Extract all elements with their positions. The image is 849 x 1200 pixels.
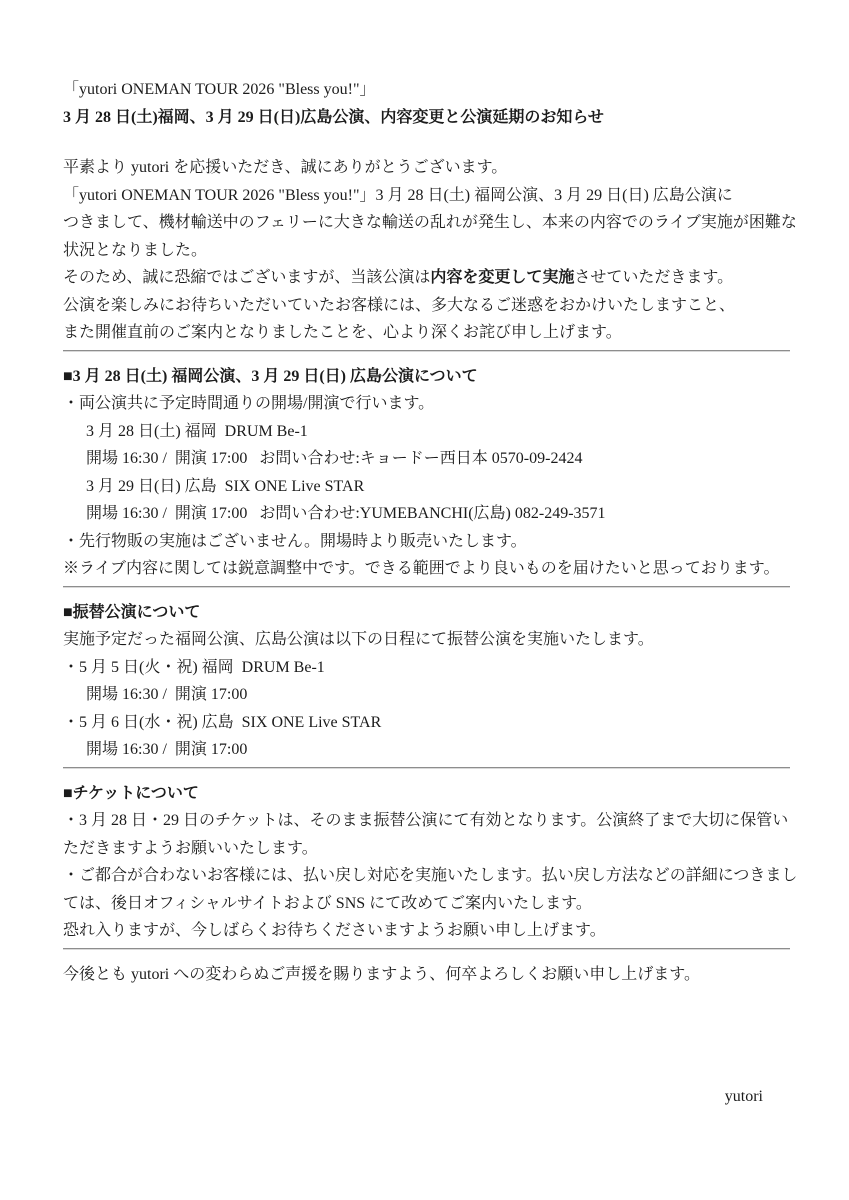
doc-subtitle: 3 月 28 日(土)福岡、3 月 29 日(日)広島公演、内容変更と公演延期の… [63, 104, 790, 132]
notice-bold-text: 内容を変更して実施 [430, 269, 574, 286]
detail-line: 開場 16:30 / 開演 17:00 [63, 681, 790, 709]
closing-line: 今後とも yutori への変わらぬご声援を賜りますよう、何卒よろしくお願い申し… [63, 961, 790, 989]
detail-line: 3 月 28 日(土) 福岡 DRUM Be-1 [63, 418, 790, 446]
intro-line: 状況となりました。 [63, 237, 790, 265]
section-rescheduled-shows: ■振替公演について 実施予定だった福岡公演、広島公演は以下の日程にて振替公演を実… [63, 599, 790, 764]
intro-line: つきまして、機材輸送中のフェリーに大きな輸送の乱れが発生し、本来の内容でのライブ… [63, 209, 790, 237]
detail-line: ・5 月 5 日(火・祝) 福岡 DRUM Be-1 [63, 654, 790, 682]
closing-paragraph: 今後とも yutori への変わらぬご声援を賜りますよう、何卒よろしくお願い申し… [63, 961, 790, 989]
notice-line: そのため、誠に恐縮ではございますが、当該公演は内容を変更して実施させていただきま… [63, 264, 790, 292]
notice-pre-text: そのため、誠に恐縮ではございますが、当該公演は [63, 269, 430, 286]
detail-line: ・5 月 6 日(水・祝) 広島 SIX ONE Live STAR [63, 709, 790, 737]
section-divider [63, 767, 790, 769]
intro-line: 「yutori ONEMAN TOUR 2026 "Bless you!"」3 … [63, 182, 790, 210]
section-tickets: ■チケットについて ・3 月 28 日・29 日のチケットは、そのまま振替公演に… [63, 780, 790, 945]
detail-line: ・先行物販の実施はございません。開場時より販売いたします。 [63, 528, 790, 556]
section-divider [63, 948, 790, 950]
apology-line: また開催直前のご案内となりましたことを、心より深くお詫び申し上げます。 [63, 319, 790, 347]
section-heading: ■チケットについて [63, 780, 790, 808]
section-divider [63, 586, 790, 588]
section-heading: ■3 月 28 日(土) 福岡公演、3 月 29 日(日) 広島公演について [63, 363, 790, 391]
detail-line: 開場 16:30 / 開演 17:00 お問い合わせ:YUMEBANCHI(広島… [63, 500, 790, 528]
signature: yutori [63, 1083, 790, 1111]
detail-line: ただきますようお願いいたします。 [63, 835, 790, 863]
intro-line: 平素より yutori を応援いただき、誠にありがとうございます。 [63, 154, 790, 182]
section-divider [63, 350, 790, 352]
detail-line: 開場 16:30 / 開演 17:00 お問い合わせ:キョードー西日本 0570… [63, 445, 790, 473]
detail-line: 恐れ入りますが、今しばらくお待ちくださいますようお願い申し上げます。 [63, 917, 790, 945]
notice-post-text: させていただきます。 [574, 269, 733, 286]
intro-paragraph: 平素より yutori を応援いただき、誠にありがとうございます。 「yutor… [63, 154, 790, 347]
detail-line: ※ライブ内容に関しては鋭意調整中です。できる範囲でより良いものを届けたいと思って… [63, 555, 790, 583]
section-current-shows: ■3 月 28 日(土) 福岡公演、3 月 29 日(日) 広島公演について ・… [63, 363, 790, 583]
detail-line: 開場 16:30 / 開演 17:00 [63, 736, 790, 764]
detail-line: ては、後日オフィシャルサイトおよび SNS にて改めてご案内いたします。 [63, 890, 790, 918]
section-heading: ■振替公演について [63, 599, 790, 627]
detail-line: 3 月 29 日(日) 広島 SIX ONE Live STAR [63, 473, 790, 501]
detail-line: 実施予定だった福岡公演、広島公演は以下の日程にて振替公演を実施いたします。 [63, 626, 790, 654]
detail-line: ・ご都合が合わないお客様には、払い戻し対応を実施いたします。払い戻し方法などの詳… [63, 862, 790, 890]
apology-line: 公演を楽しみにお待ちいただいていたお客様には、多大なるご迷惑をおかけいたしますこ… [63, 292, 790, 320]
detail-line: ・3 月 28 日・29 日のチケットは、そのまま振替公演にて有効となります。公… [63, 807, 790, 835]
doc-title: 「yutori ONEMAN TOUR 2026 "Bless you!"」 [63, 76, 790, 104]
detail-line: ・両公演共に予定時間通りの開場/開演で行います。 [63, 390, 790, 418]
document-header: 「yutori ONEMAN TOUR 2026 "Bless you!"」 3… [63, 76, 790, 131]
document-page: 「yutori ONEMAN TOUR 2026 "Bless you!"」 3… [0, 0, 849, 1200]
